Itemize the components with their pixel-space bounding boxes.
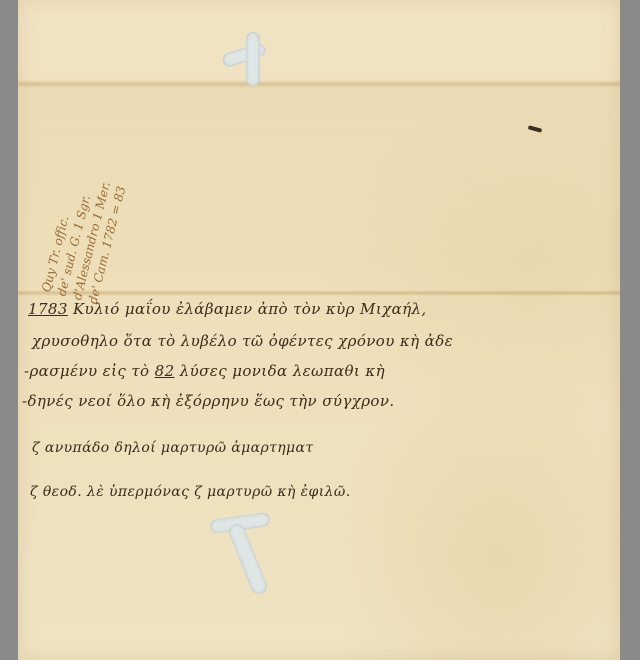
body-line-2: χρυσοθηλο ὅτα τὸ λυβέλο τῶ ὀφέντες χρόνο… xyxy=(32,332,453,350)
paper-hole-top-stem xyxy=(246,32,260,86)
manuscript-page: Quy Tr. offic. de' sud. G. 1 Sgr. d'Ales… xyxy=(18,0,620,660)
body-line-1: 1783 Κυλιό μαΐου ἐλάβαμεν ἀπὸ τὸν κὺρ Μι… xyxy=(28,300,427,318)
letter-date: 1783 xyxy=(28,300,68,318)
signature-2: ζ θεοδ. λὲ ὑπερμόνας ζ μαρτυρῶ κὴ ἐφιλῶ. xyxy=(30,484,351,500)
docket-note: Quy Tr. offic. de' sud. G. 1 Sgr. d'Ales… xyxy=(38,80,198,290)
underlined-number: 82 xyxy=(155,362,175,380)
fold-line-middle xyxy=(18,290,620,296)
body-line-4: -δηνές νεοί ὅλο κὴ ἐξόρρηνυ ἕως τὴν σύγχ… xyxy=(22,392,395,410)
paper-hole-top xyxy=(221,42,267,69)
body-line-3: -ρασμένυ εἰς τὸ 82 λύσες μονιδα λεωπαθι … xyxy=(24,362,385,380)
signature-1: ζ ανυπάδο δηλοί μαρτυρῶ ἀμαρτηματ xyxy=(32,440,314,456)
paper-hole-bottom-stem xyxy=(227,522,270,597)
